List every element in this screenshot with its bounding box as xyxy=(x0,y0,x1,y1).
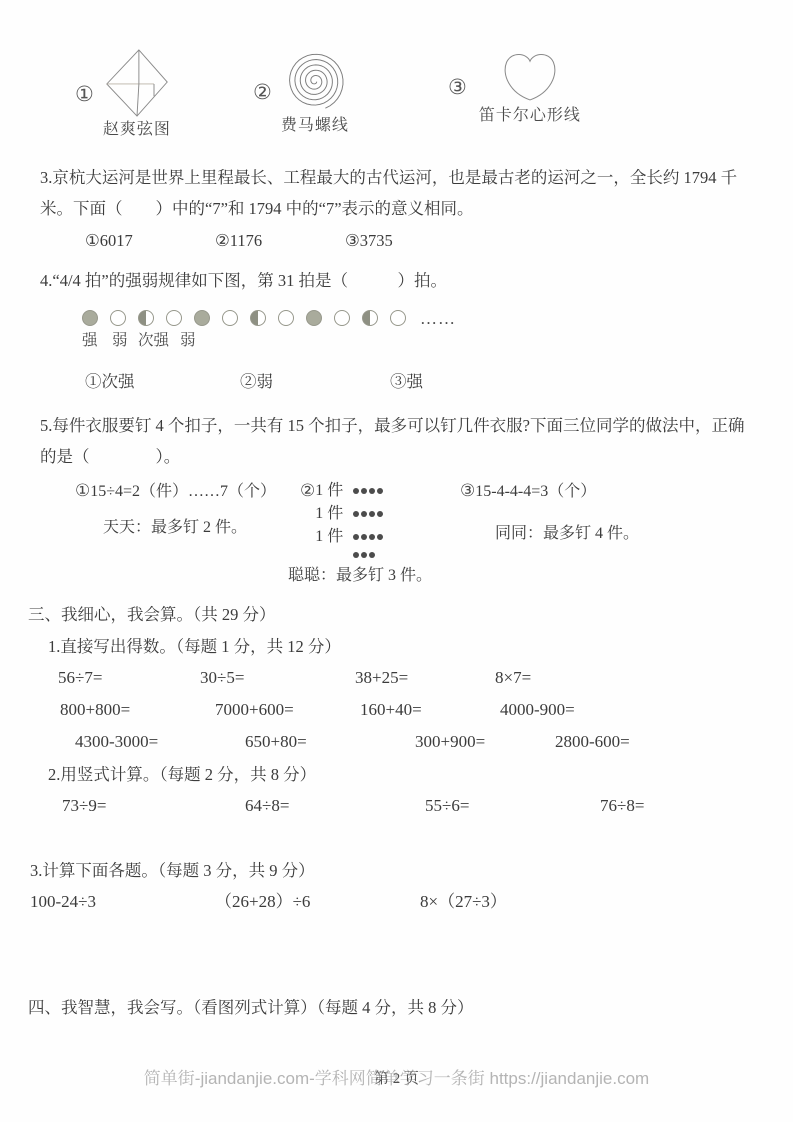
button-dots xyxy=(353,534,383,540)
solution-2-number: ② xyxy=(300,479,315,503)
option-3: ③强 xyxy=(390,366,767,397)
expression: 30÷5= xyxy=(200,662,355,694)
solution-3-caption: 同同：最多钉 4 件。 xyxy=(460,522,660,546)
figure-label: 费马螺线 xyxy=(281,116,349,136)
figure-row: ① 赵爽弦图 ② xyxy=(40,48,767,142)
button-dots xyxy=(353,552,375,558)
dot-icon xyxy=(377,488,383,494)
fermat-spiral-icon xyxy=(282,48,348,114)
section-3-sub3-title: 3.计算下面各题。（每题 3 分，共 9 分） xyxy=(30,855,767,886)
question-3-line1: 3.京杭大运河是世界上里程最长、工程最大的古代运河，也是最古老的运河之一，全长约… xyxy=(40,162,767,193)
page-content: ① 赵爽弦图 ② xyxy=(0,0,793,1023)
dot-icon xyxy=(353,552,359,558)
option-1: ①6017 xyxy=(85,225,215,256)
dot-icon xyxy=(353,488,359,494)
beat-strong-icon xyxy=(306,310,322,326)
figure-number: ③ xyxy=(448,72,467,103)
expression: 64÷8= xyxy=(245,790,425,822)
row-label: 1 件 xyxy=(315,502,353,526)
beat-weak-icon xyxy=(110,310,126,326)
expression: 4000-900= xyxy=(500,694,767,726)
figure-number: ① xyxy=(75,79,94,110)
beat-label-strong: 强 xyxy=(82,329,98,353)
vertical-calc-row: 73÷9= 64÷8= 55÷6= 76÷8= xyxy=(40,790,767,822)
question-5-solutions: ①15÷4=2（件）……7（个） 天天：最多钉 2 件。 ② 1 件1 件1 件… xyxy=(40,479,767,588)
button-row xyxy=(315,548,383,562)
expression: 38+25= xyxy=(355,662,495,694)
option-2: ②1176 xyxy=(215,225,345,256)
question-5: 5.每件衣服要钉 4 个扣子，一共有 15 个扣子，最多可以钉几件衣服?下面三位… xyxy=(40,410,767,588)
expression: 76÷8= xyxy=(600,790,767,822)
solution-2-caption: 聪聪：最多钉 3 件。 xyxy=(288,564,460,588)
figure-label: 赵爽弦图 xyxy=(103,120,171,140)
figure-cardioid: ③ 笛卡尔心形线 xyxy=(448,48,581,126)
dot-icon xyxy=(361,488,367,494)
solution-1-caption: 天天：最多钉 2 件。 xyxy=(75,516,300,540)
option-3: ③3735 xyxy=(345,225,767,256)
beat-mid-icon xyxy=(362,310,378,326)
beat-weak-icon xyxy=(334,310,350,326)
beat-label-mid: 次强 xyxy=(138,329,169,353)
button-row: 1 件 xyxy=(315,525,383,548)
dot-icon xyxy=(353,511,359,517)
dot-icon xyxy=(361,511,367,517)
mental-math-row-3: 4300-3000= 650+80= 300+900= 2800-600= xyxy=(40,726,767,758)
dot-icon xyxy=(369,488,375,494)
expression: 160+40= xyxy=(360,694,500,726)
solution-3: ③15-4-4-4=3（个） 同同：最多钉 4 件。 xyxy=(460,479,660,588)
beat-weak-icon xyxy=(278,310,294,326)
dot-icon xyxy=(361,534,367,540)
mental-math-row-2: 800+800= 7000+600= 160+40= 4000-900= xyxy=(40,694,767,726)
expression: 8×（27÷3） xyxy=(420,886,767,918)
expression: 100-24÷3 xyxy=(30,886,215,918)
expression: 300+900= xyxy=(415,726,555,758)
page-footer: 简单街-jiandanjie.com-学科网简单学习一条街 https://ji… xyxy=(0,1064,793,1094)
question-5-line2: 的是（ ）。 xyxy=(40,441,767,472)
beat-strong-icon xyxy=(82,310,98,326)
dot-icon xyxy=(369,511,375,517)
section-3-sub1-title: 1.直接写出得数。（每题 1 分，共 12 分） xyxy=(40,631,767,662)
question-3: 3.京杭大运河是世界上里程最长、工程最大的古代运河，也是最古老的运河之一，全长约… xyxy=(40,162,767,256)
dot-icon xyxy=(377,511,383,517)
section-3-sub2-title: 2.用竖式计算。（每题 2 分，共 8 分） xyxy=(40,759,767,790)
expression: 650+80= xyxy=(245,726,415,758)
figure-label: 笛卡尔心形线 xyxy=(479,106,581,126)
beat-labels: 强 弱 次强 弱 xyxy=(40,329,767,353)
question-4: 4.“4/4 拍”的强弱规律如下图，第 31 拍是（ ）拍。 …… 强 弱 次强… xyxy=(40,265,767,397)
expression: 8×7= xyxy=(495,662,767,694)
button-row: 1 件 xyxy=(315,502,383,525)
option-2: ②弱 xyxy=(240,366,390,397)
question-4-text: 4.“4/4 拍”的强弱规律如下图，第 31 拍是（ ）拍。 xyxy=(40,265,767,296)
mental-math-row-1: 56÷7= 30÷5= 38+25= 8×7= xyxy=(40,662,767,694)
section-4-title: 四、我智慧，我会写。（看图列式计算）（每题 4 分，共 8 分） xyxy=(28,992,767,1023)
beat-strong-icon xyxy=(194,310,210,326)
expression: （26+28）÷6 xyxy=(215,886,420,918)
button-row: 1 件 xyxy=(315,479,383,502)
dot-icon xyxy=(369,534,375,540)
solution-2: ② 1 件1 件1 件 聪聪：最多钉 3 件。 xyxy=(300,479,460,588)
button-dots xyxy=(353,488,383,494)
solution-3-equation: 15-4-4-4=3（个） xyxy=(475,483,596,500)
question-4-options: ①次强 ②弱 ③强 xyxy=(40,366,767,397)
question-5-line1: 5.每件衣服要钉 4 个扣子，一共有 15 个扣子，最多可以钉几件衣服?下面三位… xyxy=(40,410,767,441)
zhaoshuang-diagram-icon xyxy=(103,48,171,118)
exam-paper-page: ① 赵爽弦图 ② xyxy=(0,0,793,1122)
mixed-calc-row: 100-24÷3 （26+28）÷6 8×（27÷3） xyxy=(30,886,767,918)
figure-zhaoshuang: ① 赵爽弦图 xyxy=(75,48,171,140)
question-3-line2: 米。下面（ ）中的“7”和 1794 中的“7”表示的意义相同。 xyxy=(40,193,767,224)
expression: 7000+600= xyxy=(215,694,360,726)
expression: 4300-3000= xyxy=(75,726,245,758)
figure-number: ② xyxy=(253,77,272,108)
expression: 55÷6= xyxy=(425,790,600,822)
page-number: 第 2 页 xyxy=(0,1064,793,1094)
beat-label-weak: 弱 xyxy=(112,329,128,353)
beat-mid-icon xyxy=(250,310,266,326)
row-label: 1 件 xyxy=(315,479,353,503)
solution-1-number: ① xyxy=(75,481,90,501)
solution-3-number: ③ xyxy=(460,481,475,501)
cardioid-icon xyxy=(499,48,561,104)
expression: 800+800= xyxy=(60,694,215,726)
row-label: 1 件 xyxy=(315,525,353,549)
beat-weak-icon xyxy=(222,310,238,326)
solution-2-button-rows: 1 件1 件1 件 xyxy=(315,479,383,562)
expression: 73÷9= xyxy=(62,790,245,822)
dot-icon xyxy=(361,552,367,558)
beat-label-weak2: 弱 xyxy=(180,329,196,353)
beat-circles xyxy=(82,310,418,326)
section-3-title: 三、我细心，我会算。（共 29 分） xyxy=(28,599,767,630)
solution-1-equation: 15÷4=2（件）……7（个） xyxy=(90,483,276,500)
option-1: ①次强 xyxy=(85,366,240,397)
button-dots xyxy=(353,511,383,517)
dot-icon xyxy=(353,534,359,540)
dot-icon xyxy=(369,552,375,558)
beat-weak-icon xyxy=(166,310,182,326)
beats-row: …… xyxy=(40,307,767,329)
beat-mid-icon xyxy=(138,310,154,326)
beat-weak-icon xyxy=(390,310,406,326)
expression: 2800-600= xyxy=(555,726,767,758)
question-3-options: ①6017 ②1176 ③3735 xyxy=(40,225,767,256)
expression: 56÷7= xyxy=(58,662,200,694)
dot-icon xyxy=(377,534,383,540)
figure-fermat-spiral: ② 费马螺线 xyxy=(253,48,349,136)
solution-1: ①15÷4=2（件）……7（个） 天天：最多钉 2 件。 xyxy=(75,479,300,588)
